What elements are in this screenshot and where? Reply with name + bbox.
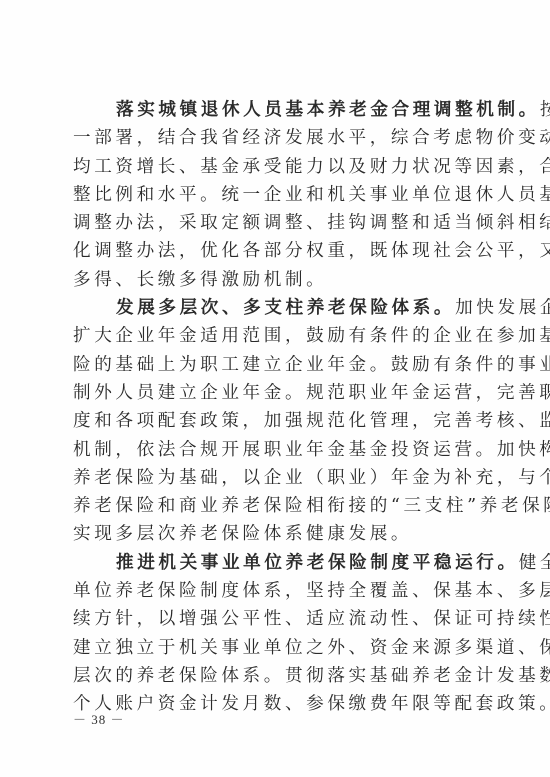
paragraph-text: 建立独立于机关事业单位之外、资金来源多渠道、保障方式多: [73, 638, 550, 658]
paragraph-line: 养老保险和商业养老保险相衔接的“三支柱”养老保险体系，: [73, 492, 483, 520]
paragraph-line: 调整办法，采取定额调整、挂钩调整和适当倾斜相结合的结构: [73, 209, 483, 237]
paragraph-text: 机制，依法合规开展职业年金基金投资运营。加快构建以基本: [73, 440, 550, 460]
page-number: － 38 －: [73, 709, 125, 728]
paragraph-first-line: 落实城镇退休人员基本养老金合理调整机制。按照国家统: [73, 96, 483, 124]
paragraph-text: 调整办法，采取定额调整、挂钩调整和适当倾斜相结合的结构: [73, 213, 550, 233]
paragraph-line: 个人账户资金计发月数、参保缴费年限等配套政策。完善机关: [73, 690, 483, 718]
paragraph-line: 层次的养老保险体系。贯彻落实基础养老金计发基数确定办法、: [73, 662, 483, 690]
paragraph-line: 续方针，以增强公平性、适应流动性、保证可持续性为重点，: [73, 605, 483, 633]
paragraph-line: 养老保险为基础，以企业（职业）年金为补充，与个人储蓄性: [73, 464, 483, 492]
body-text: 落实城镇退休人员基本养老金合理调整机制。按照国家统一部署，结合我省经济发展水平，…: [73, 96, 483, 719]
paragraph-line: 机制，依法合规开展职业年金基金投资运营。加快构建以基本: [73, 436, 483, 464]
paragraph-text: 按照国家统: [540, 100, 550, 120]
paragraph-line: 扩大企业年金适用范围，鼓励有条件的企业在参加基本养老保: [73, 322, 483, 350]
paragraph-text: 险的基础上为职工建立企业年金。鼓励有条件的事业单位为编: [73, 355, 550, 375]
paragraph-line: 化调整办法，优化各部分权重，既体现社会公平，又强化多缴: [73, 237, 483, 265]
paragraph-text: 个人账户资金计发月数、参保缴费年限等配套政策。完善机关: [73, 694, 550, 714]
paragraph-text: 度和各项配套政策，加强规范化管理，完善考核、监督、披露: [73, 411, 550, 431]
document-page: 落实城镇退休人员基本养老金合理调整机制。按照国家统一部署，结合我省经济发展水平，…: [0, 0, 550, 777]
paragraph-line: 均工资增长、基金承受能力以及财力状况等因素，合理确定调: [73, 153, 483, 181]
paragraph-text: 整比例和水平。统一企业和机关事业单位退休人员基本养老金: [73, 185, 550, 205]
paragraph-text: 一部署，结合我省经济发展水平，综合考虑物价变动、职工平: [73, 128, 550, 148]
paragraph-text: 加快发展企业年金，: [455, 298, 550, 318]
paragraph-text: 制外人员建立企业年金。规范职业年金运营，完善职业年金制: [73, 383, 550, 403]
paragraph-first-line: 发展多层次、多支柱养老保险体系。加快发展企业年金，: [73, 294, 483, 322]
paragraph-text: 多得、长缴多得激励机制。: [73, 270, 327, 290]
paragraph-text: 续方针，以增强公平性、适应流动性、保证可持续性为重点，: [73, 609, 550, 629]
paragraph-text: 养老保险和商业养老保险相衔接的“三支柱”养老保险体系，: [73, 496, 550, 516]
paragraph-text: 实现多层次养老保险体系健康发展。: [73, 524, 412, 544]
paragraph-line: 险的基础上为职工建立企业年金。鼓励有条件的事业单位为编: [73, 351, 483, 379]
paragraph-line: 建立独立于机关事业单位之外、资金来源多渠道、保障方式多: [73, 634, 483, 662]
paragraph-text: 层次的养老保险体系。贯彻落实基础养老金计发基数确定办法、: [73, 666, 550, 686]
paragraph-text: 健全机关事业: [519, 553, 550, 573]
paragraph-text: 养老保险为基础，以企业（职业）年金为补充，与个人储蓄性: [73, 468, 550, 488]
paragraph-heading: 发展多层次、多支柱养老保险体系。: [116, 297, 455, 318]
paragraph-text: 单位养老保险制度体系，坚持全覆盖、保基本、多层次、可持: [73, 581, 550, 601]
paragraph-line: 度和各项配套政策，加强规范化管理，完善考核、监督、披露: [73, 407, 483, 435]
paragraph-line: 一部署，结合我省经济发展水平，综合考虑物价变动、职工平: [73, 124, 483, 152]
paragraph-line: 多得、长缴多得激励机制。: [73, 266, 483, 294]
paragraph-line: 整比例和水平。统一企业和机关事业单位退休人员基本养老金: [73, 181, 483, 209]
paragraph-text: 均工资增长、基金承受能力以及财力状况等因素，合理确定调: [73, 157, 550, 177]
paragraph-first-line: 推进机关事业单位养老保险制度平稳运行。健全机关事业: [73, 549, 483, 577]
paragraph-heading: 落实城镇退休人员基本养老金合理调整机制。: [116, 99, 540, 120]
paragraph-line: 实现多层次养老保险体系健康发展。: [73, 520, 483, 548]
paragraph-line: 单位养老保险制度体系，坚持全覆盖、保基本、多层次、可持: [73, 577, 483, 605]
paragraph-line: 制外人员建立企业年金。规范职业年金运营，完善职业年金制: [73, 379, 483, 407]
paragraph-text: 扩大企业年金适用范围，鼓励有条件的企业在参加基本养老保: [73, 326, 550, 346]
paragraph-heading: 推进机关事业单位养老保险制度平稳运行。: [116, 552, 519, 573]
paragraph-text: 化调整办法，优化各部分权重，既体现社会公平，又强化多缴: [73, 241, 550, 261]
